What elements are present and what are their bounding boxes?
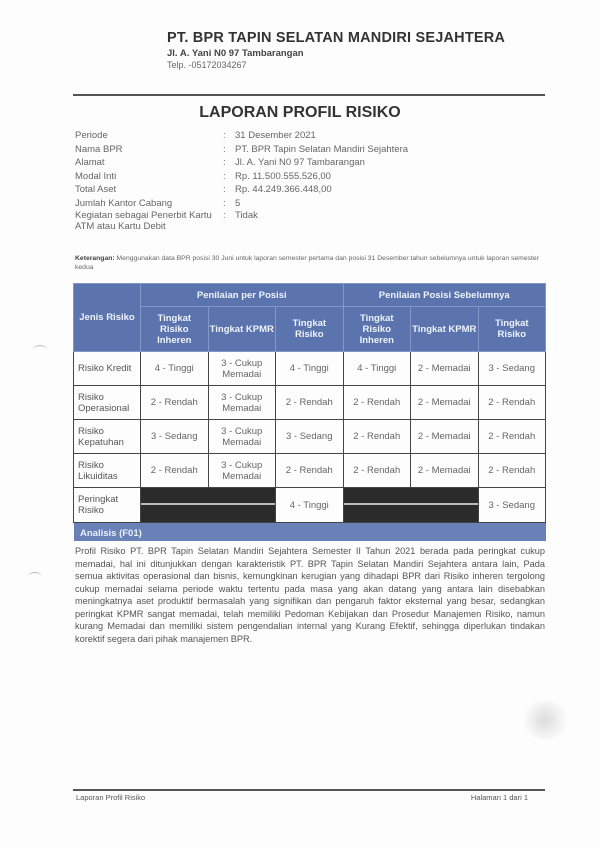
risk-cell: 2 - Rendah xyxy=(343,454,411,488)
info-label: Nama BPR xyxy=(75,143,223,157)
risk-cell: 2 - Memadai xyxy=(411,420,479,454)
summary-previous: 3 - Sedang xyxy=(478,488,546,523)
table-row: Risiko Kredit4 - Tinggi3 - Cukup Memadai… xyxy=(74,352,546,386)
info-label: Kegiatan sebagai Penerbit Kartu ATM atau… xyxy=(75,210,223,234)
info-value: 5 xyxy=(235,197,240,211)
info-value: 31 Desember 2021 xyxy=(235,129,316,143)
header-divider xyxy=(73,94,545,96)
risk-cell: 2 - Memadai xyxy=(411,454,479,488)
risk-name: Risiko Likuiditas xyxy=(74,454,141,488)
risk-cell: 3 - Cukup Memadai xyxy=(208,420,276,454)
header-sub: Tingkat Risiko Inheren xyxy=(141,307,209,352)
table-row: Risiko Operasional2 - Rendah3 - Cukup Me… xyxy=(74,386,546,420)
info-row-penerbit-kartu: Kegiatan sebagai Penerbit Kartu ATM atau… xyxy=(75,210,408,234)
analysis-heading: Analisis (F01) xyxy=(74,528,142,539)
header-sub: Tingkat Risiko Inheren xyxy=(343,307,411,352)
risk-cell: 2 - Rendah xyxy=(141,386,209,420)
info-value: Rp. 11.500.555.526,00 xyxy=(235,170,331,184)
info-row-total-aset: Total Aset:Rp. 44.249.366.448,00 xyxy=(75,183,408,197)
risk-cell: 3 - Cukup Memadai xyxy=(208,352,276,386)
info-value: Rp. 44.249.366.448,00 xyxy=(235,183,332,197)
risk-cell: 3 - Sedang xyxy=(141,420,209,454)
info-row-kantor-cabang: Jumlah Kantor Cabang:5 xyxy=(75,197,408,211)
summary-row: Peringkat Risiko 4 - Tinggi 3 - Sedang xyxy=(74,488,546,523)
redacted-cell xyxy=(343,488,478,523)
risk-cell: 2 - Rendah xyxy=(478,386,546,420)
info-row-nama-bpr: Nama BPR:PT. BPR Tapin Selatan Mandiri S… xyxy=(75,143,408,157)
risk-cell: 3 - Cukup Memadai xyxy=(208,386,276,420)
risk-cell: 2 - Rendah xyxy=(478,420,546,454)
info-section: Periode:31 Desember 2021 Nama BPR:PT. BP… xyxy=(75,129,408,234)
company-name: PT. BPR TAPIN SELATAN MANDIRI SEJAHTERA xyxy=(167,30,505,46)
redacted-cell xyxy=(141,488,276,523)
info-value: Jl. A. Yani N0 97 Tambarangan xyxy=(235,156,365,170)
report-title: LAPORAN PROFIL RISIKO xyxy=(0,104,600,122)
risk-cell: 2 - Rendah xyxy=(343,420,411,454)
info-value: PT. BPR Tapin Selatan Mandiri Sejahtera xyxy=(235,143,408,157)
summary-name: Peringkat Risiko xyxy=(74,488,141,523)
risk-cell: 4 - Tinggi xyxy=(141,352,209,386)
note-label: Keterangan: xyxy=(75,255,115,262)
risk-name: Risiko Kredit xyxy=(74,352,141,386)
risk-profile-table: Jenis Risiko Penilaian per Posisi Penila… xyxy=(73,283,546,523)
company-letterhead: PT. BPR TAPIN SELATAN MANDIRI SEJAHTERA … xyxy=(167,30,505,70)
risk-name: Risiko Operasional xyxy=(74,386,141,420)
header-group-previous: Penilaian Posisi Sebelumnya xyxy=(343,284,546,307)
risk-cell: 4 - Tinggi xyxy=(343,352,411,386)
info-label: Periode xyxy=(75,129,223,143)
risk-cell: 2 - Rendah xyxy=(141,454,209,488)
risk-name: Risiko Kepatuhan xyxy=(74,420,141,454)
analysis-text: Profil Risiko PT. BPR Tapin Selatan Mand… xyxy=(75,545,545,645)
risk-cell: 4 - Tinggi xyxy=(276,352,344,386)
risk-cell: 3 - Sedang xyxy=(478,352,546,386)
risk-cell: 2 - Rendah xyxy=(478,454,546,488)
footer-divider xyxy=(73,789,545,791)
scan-smudge xyxy=(520,700,570,740)
header-sub: Tingkat Risiko xyxy=(276,307,344,352)
risk-cell: 3 - Cukup Memadai xyxy=(208,454,276,488)
info-row-periode: Periode:31 Desember 2021 xyxy=(75,129,408,143)
header-group-current: Penilaian per Posisi xyxy=(141,284,344,307)
footer-title: Laporan Profil Risiko xyxy=(76,793,145,802)
header-sub: Tingkat Risiko xyxy=(478,307,546,352)
analysis-heading-bar: Analisis (F01) xyxy=(74,523,546,541)
info-row-alamat: Alamat:Jl. A. Yani N0 97 Tambarangan xyxy=(75,156,408,170)
risk-cell: 2 - Memadai xyxy=(411,352,479,386)
risk-cell: 2 - Rendah xyxy=(276,386,344,420)
info-label: Total Aset xyxy=(75,183,223,197)
scan-artifact xyxy=(33,345,47,354)
scan-artifact xyxy=(28,572,42,581)
info-row-modal-inti: Modal Inti:Rp. 11.500.555.526,00 xyxy=(75,170,408,184)
page-number: Halaman 1 dari 1 xyxy=(471,793,528,802)
info-label: Modal Inti xyxy=(75,170,223,184)
table-row: Risiko Likuiditas2 - Rendah3 - Cukup Mem… xyxy=(74,454,546,488)
header-sub: Tingkat KPMR xyxy=(208,307,276,352)
risk-cell: 2 - Rendah xyxy=(276,454,344,488)
info-label: Alamat xyxy=(75,156,223,170)
header-sub: Tingkat KPMR xyxy=(411,307,479,352)
info-label: Jumlah Kantor Cabang xyxy=(75,197,223,211)
risk-cell: 2 - Rendah xyxy=(343,386,411,420)
table-row: Risiko Kepatuhan3 - Sedang3 - Cukup Mema… xyxy=(74,420,546,454)
company-phone: Telp. -05172034267 xyxy=(167,60,505,70)
risk-cell: 2 - Memadai xyxy=(411,386,479,420)
note: Keterangan: Menggunakan data BPR posisi … xyxy=(75,254,547,272)
info-value: Tidak xyxy=(235,210,258,234)
header-jenis-risiko: Jenis Risiko xyxy=(74,284,141,352)
risk-cell: 3 - Sedang xyxy=(276,420,344,454)
company-address: Jl. A. Yani N0 97 Tambarangan xyxy=(167,48,505,59)
summary-current: 4 - Tinggi xyxy=(276,488,344,523)
note-text: Menggunakan data BPR posisi 30 Juni untu… xyxy=(75,255,539,271)
